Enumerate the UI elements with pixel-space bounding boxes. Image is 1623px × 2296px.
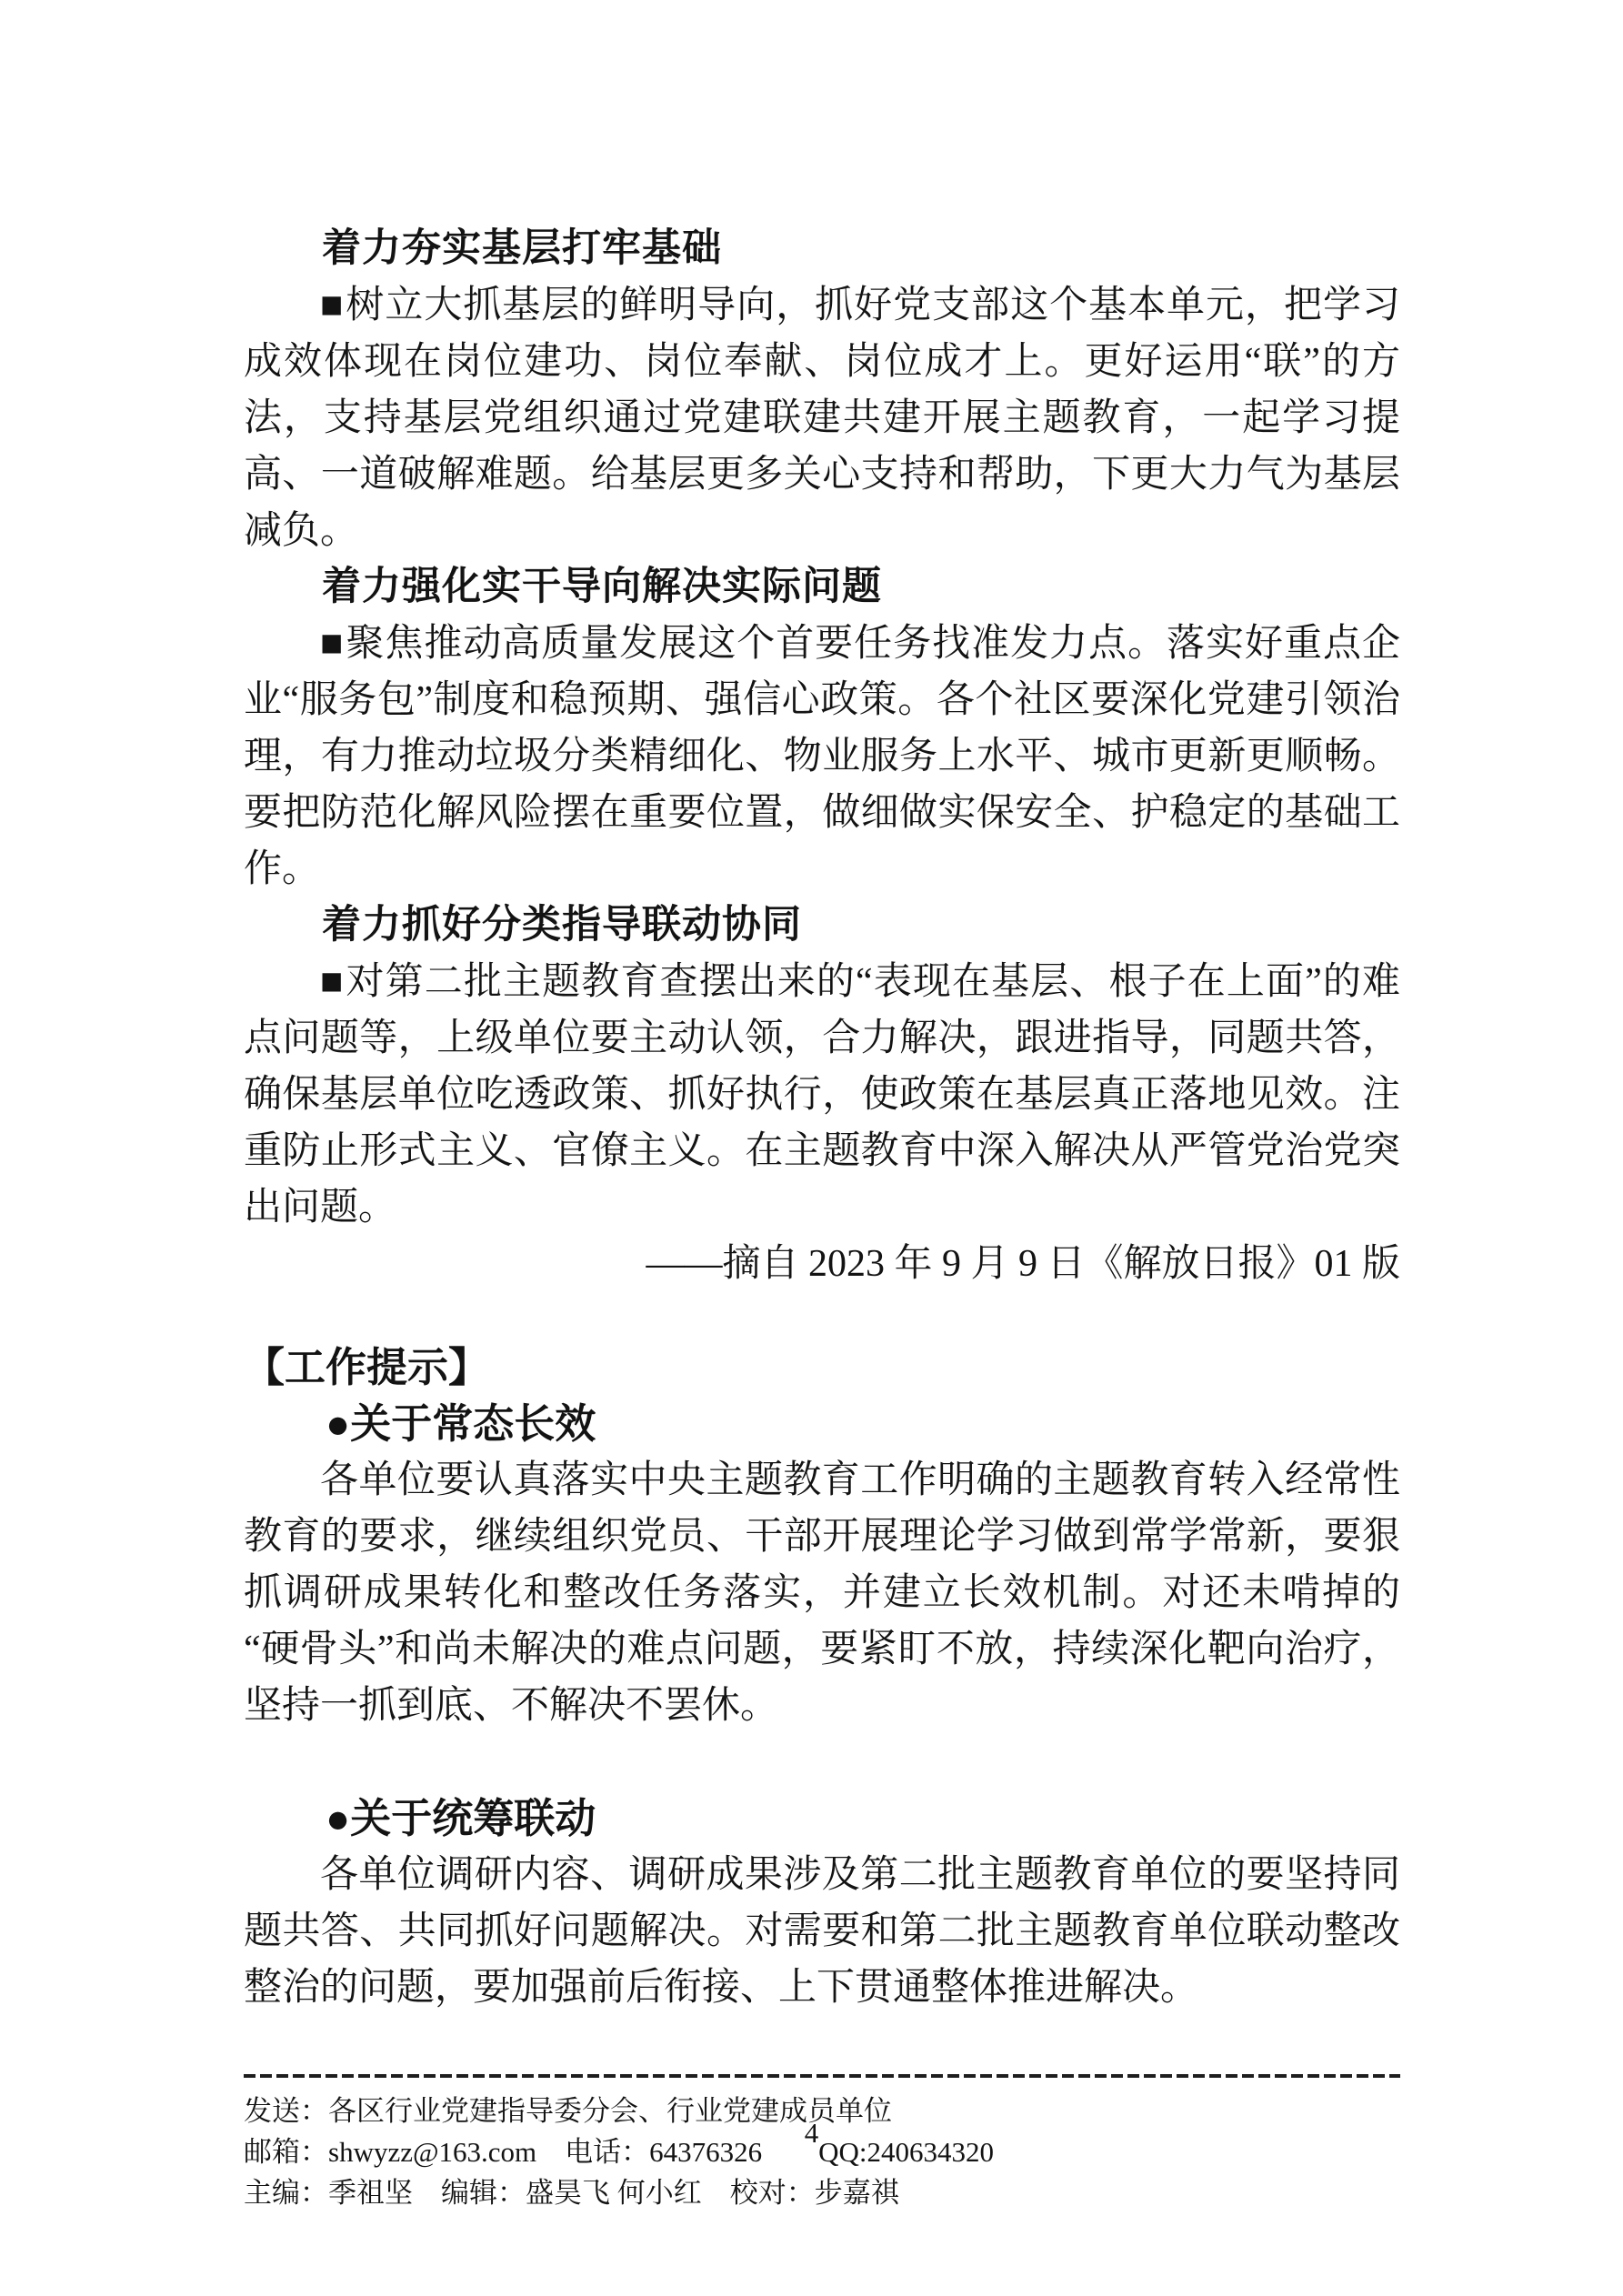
square-bullet-icon: ■ bbox=[320, 285, 346, 326]
source-attribution: ——摘自 2023 年 9 月 9 日《解放日报》01 版 bbox=[244, 1236, 1400, 1292]
paragraph-1-text: 树立大抓基层的鲜明导向，抓好党支部这个基本单元，把学习成效体现在岗位建功、岗位奉… bbox=[244, 285, 1400, 552]
circle-bullet-icon: ● bbox=[326, 1795, 350, 1841]
work-tips-title: 【工作提示】 bbox=[244, 1339, 1400, 1396]
section-heading-2: 着力强化实干导向解决实际问题 bbox=[244, 559, 1400, 616]
paragraph-3-text: 对第二批主题教育查摆出来的“表现在基层、根子在上面”的难点问题等，上级单位要主动… bbox=[244, 961, 1400, 1228]
page-number: 4 bbox=[805, 2115, 819, 2151]
paragraph-1: ■树立大抓基层的鲜明导向，抓好党支部这个基本单元，把学习成效体现在岗位建功、岗位… bbox=[244, 277, 1400, 559]
tip-1-paragraph: 各单位要认真落实中央主题教育工作明确的主题教育转入经常性教育的要求，继续组织党员… bbox=[244, 1452, 1400, 1734]
document-page: 着力夯实基层打牢基础 ■树立大抓基层的鲜明导向，抓好党支部这个基本单元，把学习成… bbox=[0, 0, 1623, 2296]
paragraph-3: ■对第二批主题教育查摆出来的“表现在基层、根子在上面”的难点问题等，上级单位要主… bbox=[244, 954, 1400, 1236]
tip-1-heading-text: 关于常态长效 bbox=[350, 1400, 596, 1447]
tip-2-heading-text: 关于统筹联动 bbox=[350, 1795, 596, 1841]
tip-2-heading: ●关于统筹联动 bbox=[244, 1790, 1400, 1847]
tip-2-paragraph: 各单位调研内容、调研成果涉及第二批主题教育单位的要坚持同题共答、共同抓好问题解决… bbox=[244, 1847, 1400, 2016]
square-bullet-icon: ■ bbox=[320, 623, 346, 665]
tip-item-1: ●关于常态长效 各单位要认真落实中央主题教育工作明确的主题教育转入经常性教育的要… bbox=[244, 1396, 1400, 1734]
square-bullet-icon: ■ bbox=[320, 961, 346, 1003]
footer-staff-line: 主编：季祖坚 编辑：盛昊飞 何小红 校对：步嘉祺 bbox=[244, 2172, 1400, 2213]
paragraph-2-text: 聚焦推动高质量发展这个首要任务找准发力点。落实好重点企业“服务包”制度和稳预期、… bbox=[244, 623, 1400, 890]
section-heading-3: 着力抓好分类指导联动协同 bbox=[244, 897, 1400, 954]
newspaper-excerpt-section: 着力夯实基层打牢基础 ■树立大抓基层的鲜明导向，抓好党支部这个基本单元，把学习成… bbox=[244, 221, 1400, 1292]
work-tips-section: 【工作提示】 ●关于常态长效 各单位要认真落实中央主题教育工作明确的主题教育转入… bbox=[244, 1339, 1400, 2016]
tip-item-2: ●关于统筹联动 各单位调研内容、调研成果涉及第二批主题教育单位的要坚持同题共答、… bbox=[244, 1790, 1400, 2016]
footer-contact-line: 邮箱：shwyzz@163.com 电话：64376326 QQ:2406343… bbox=[244, 2131, 1400, 2172]
dashed-divider-line bbox=[244, 2074, 1400, 2078]
paragraph-2: ■聚焦推动高质量发展这个首要任务找准发力点。落实好重点企业“服务包”制度和稳预期… bbox=[244, 616, 1400, 897]
footer-distribution-line: 发送：各区行业党建指导委分会、行业党建成员单位 bbox=[244, 2090, 1400, 2131]
section-heading-1: 着力夯实基层打牢基础 bbox=[244, 221, 1400, 277]
page-footer: 发送：各区行业党建指导委分会、行业党建成员单位 邮箱：shwyzz@163.co… bbox=[244, 2074, 1400, 2213]
tip-1-heading: ●关于常态长效 bbox=[244, 1396, 1400, 1452]
circle-bullet-icon: ● bbox=[326, 1400, 350, 1447]
